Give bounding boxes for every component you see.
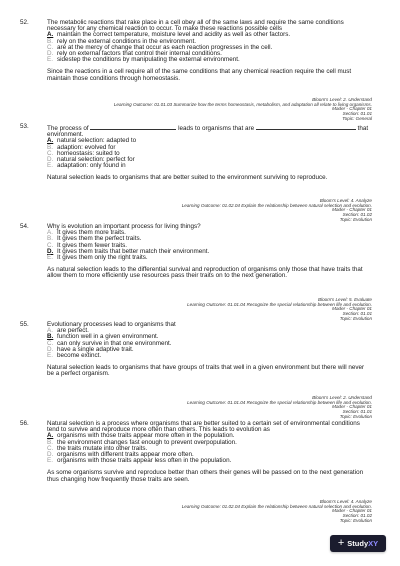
stem-text: leads to organisms that are xyxy=(178,125,254,132)
question-54: 54. Why is evolution an important proces… xyxy=(20,224,372,280)
studyxy-badge[interactable]: + StudyXY xyxy=(330,535,386,552)
option-e: E.sidestep the conditions by manipulatin… xyxy=(47,57,372,63)
option-letter: E. xyxy=(47,458,57,464)
topic: Topic: General xyxy=(114,117,372,122)
option-text: It gives them only the right traits. xyxy=(57,254,148,261)
explanation: As some organisms survive and reproduce … xyxy=(47,470,372,482)
question-53: 53. The process of leads to organisms th… xyxy=(20,124,372,182)
explanation: As natural selection leads to the differ… xyxy=(47,267,372,279)
option-letter: E. xyxy=(47,163,57,169)
question-number: 54. xyxy=(20,224,29,230)
fill-blank xyxy=(256,124,356,130)
plus-icon: + xyxy=(338,538,344,549)
option-letter: E. xyxy=(47,353,57,359)
question-55: 55. Evolutionary processes lead to organ… xyxy=(20,322,372,378)
topic: Topic: Evolution xyxy=(187,415,372,420)
option-e: E.It gives them only the right traits. xyxy=(47,255,372,261)
option-text: adaptation: only found in xyxy=(57,162,126,169)
option-text: sidestep the conditions by manipulating … xyxy=(57,56,240,63)
question-number: 52. xyxy=(20,20,29,26)
question-54-metadata: Bloom's Level: 5. Evaluate Learning Outc… xyxy=(187,298,372,322)
question-stem: The process of leads to organisms that a… xyxy=(47,124,372,132)
topic: Topic: Evolution xyxy=(182,519,372,524)
option-e: E.become extinct. xyxy=(47,353,372,359)
option-e: E.adaptation: only found in xyxy=(47,163,372,169)
question-56-metadata: Bloom's Level: 4. Analyze Learning Outco… xyxy=(182,500,372,524)
question-number: 56. xyxy=(20,421,29,427)
explanation: Natural selection leads to organisms tha… xyxy=(47,365,372,377)
topic: Topic: Evolution xyxy=(187,317,372,322)
option-e: E.organisms with those traits appear les… xyxy=(47,458,372,464)
question-52: 52. The metabolic reactions that rake pl… xyxy=(20,20,372,82)
option-letter: E. xyxy=(47,57,57,63)
option-text: become extinct. xyxy=(57,352,101,359)
question-number: 53. xyxy=(20,124,29,130)
document-page: 52. The metabolic reactions that rake pl… xyxy=(0,0,400,566)
explanation: Since the reactions in a cell require al… xyxy=(47,69,372,81)
question-56: 56. Natural selection is a process where… xyxy=(20,421,372,483)
brand-main: Study xyxy=(347,539,368,548)
stem-text: that xyxy=(358,125,369,132)
explanation: Natural selection leads to organisms tha… xyxy=(47,175,372,181)
question-55-metadata: Bloom's Level: 2. Understand Learning Ou… xyxy=(187,396,372,420)
topic: Topic: Evolution xyxy=(182,218,372,223)
question-number: 55. xyxy=(20,322,29,328)
brand-accent: XY xyxy=(368,539,378,548)
option-text: organisms with those traits appear less … xyxy=(57,457,231,464)
option-letter: E. xyxy=(47,255,57,261)
brand-name: StudyXY xyxy=(347,539,378,548)
fill-blank xyxy=(90,124,176,130)
question-53-metadata: Bloom's Level: 4. Analyze Learning Outco… xyxy=(182,199,372,223)
question-52-metadata: Bloom's Level: 2. Understand Learning Ou… xyxy=(114,98,372,122)
